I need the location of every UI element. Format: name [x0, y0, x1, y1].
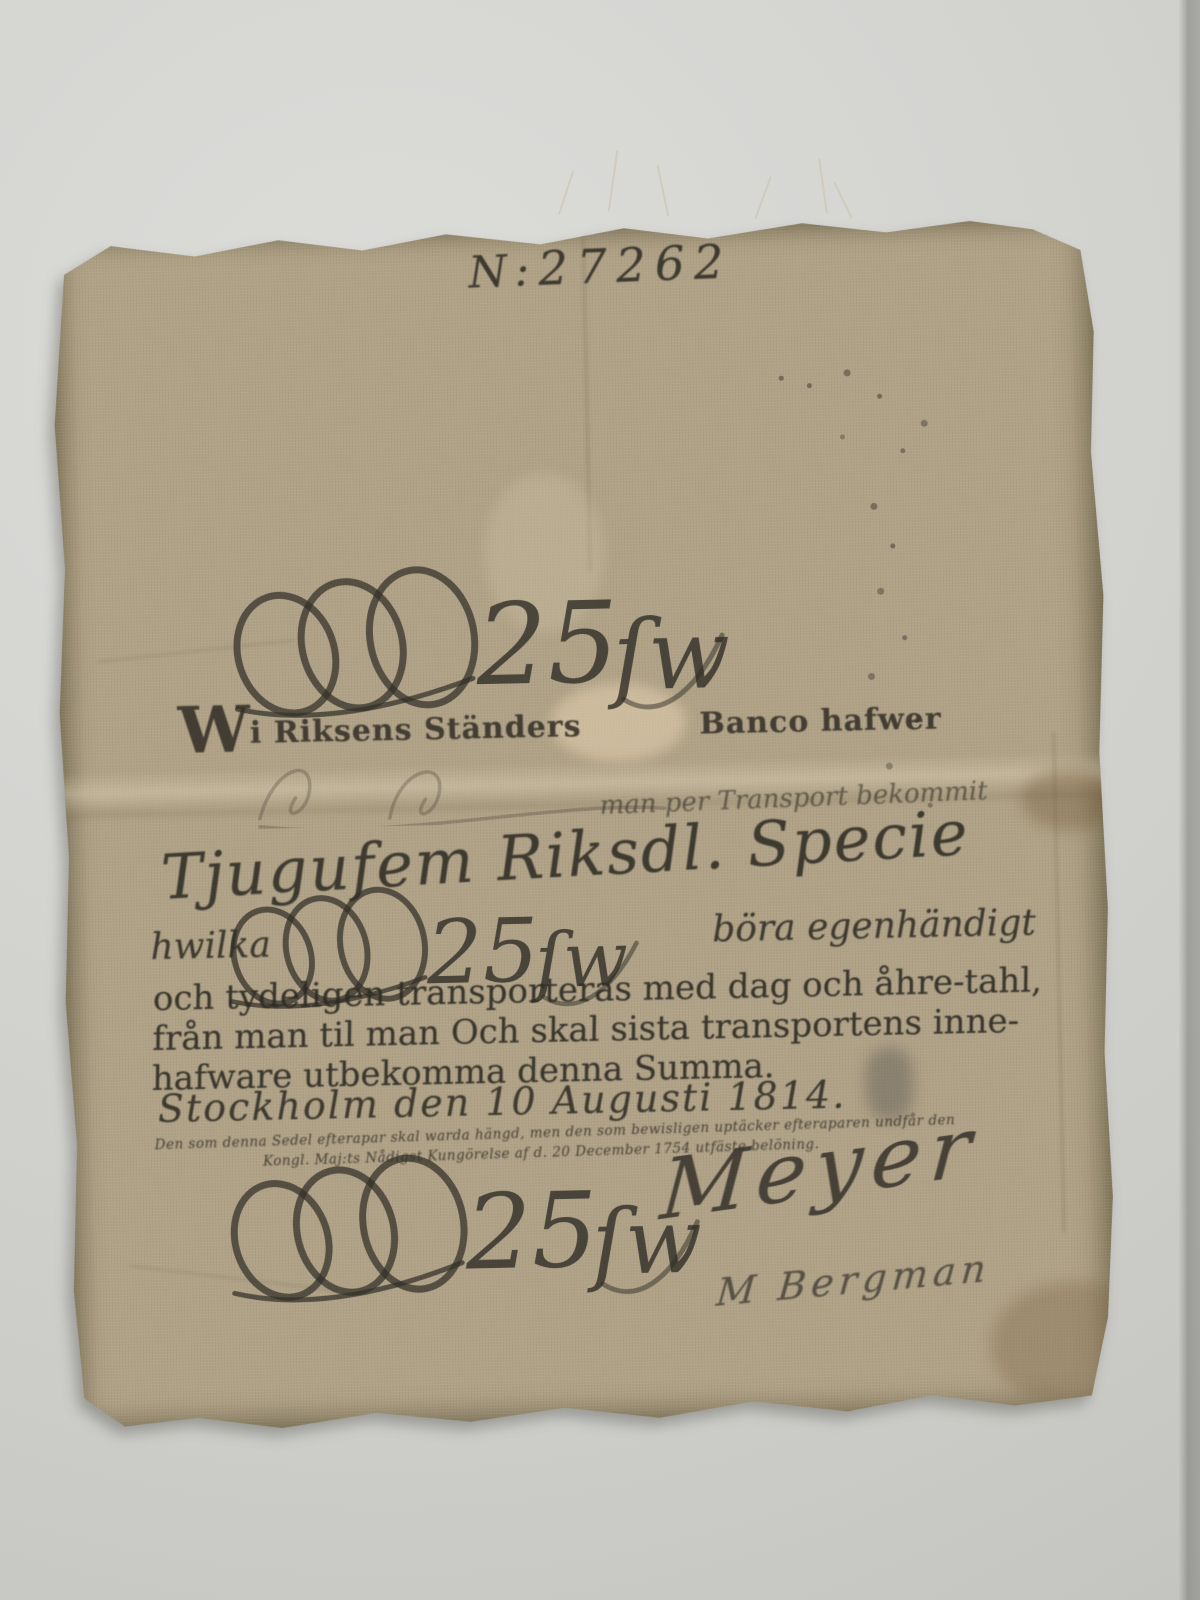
photo-background: N:27262 25 ſw Wi Riksens StändersBanco h… — [0, 0, 1200, 1600]
frayed-thread — [754, 176, 772, 220]
denomination-suffix: ſw — [585, 1189, 704, 1296]
banknote-wrapper: N:27262 25 ſw Wi Riksens StändersBanco h… — [48, 211, 1121, 1435]
signature-secondary: M Bergman — [715, 1246, 993, 1315]
clause-tail: böra egenhändigt — [712, 903, 1036, 951]
frayed-thread — [833, 182, 852, 219]
denomination-value: 25 — [474, 578, 620, 711]
frayed-thread — [657, 165, 670, 216]
serial-digits: 27262 — [537, 234, 733, 296]
serial-number: N:27262 — [467, 234, 733, 299]
frayed-thread — [558, 171, 574, 215]
denomination-flourish-bottom: 25 ſw — [212, 1136, 705, 1318]
stain — [990, 1280, 1121, 1408]
serial-label: N: — [468, 245, 540, 299]
frayed-thread — [608, 150, 619, 212]
banknote: N:27262 25 ſw Wi Riksens StändersBanco h… — [48, 211, 1121, 1435]
ink-speckles — [779, 376, 784, 381]
denomination-flourish-top: 25 ſw — [212, 547, 736, 733]
denomination-suffix: ſw — [605, 598, 731, 713]
frayed-thread — [818, 158, 828, 214]
stain — [1021, 767, 1117, 831]
header-tail: Banco hafwer — [699, 701, 942, 741]
denomination-value: 25 — [463, 1169, 599, 1294]
